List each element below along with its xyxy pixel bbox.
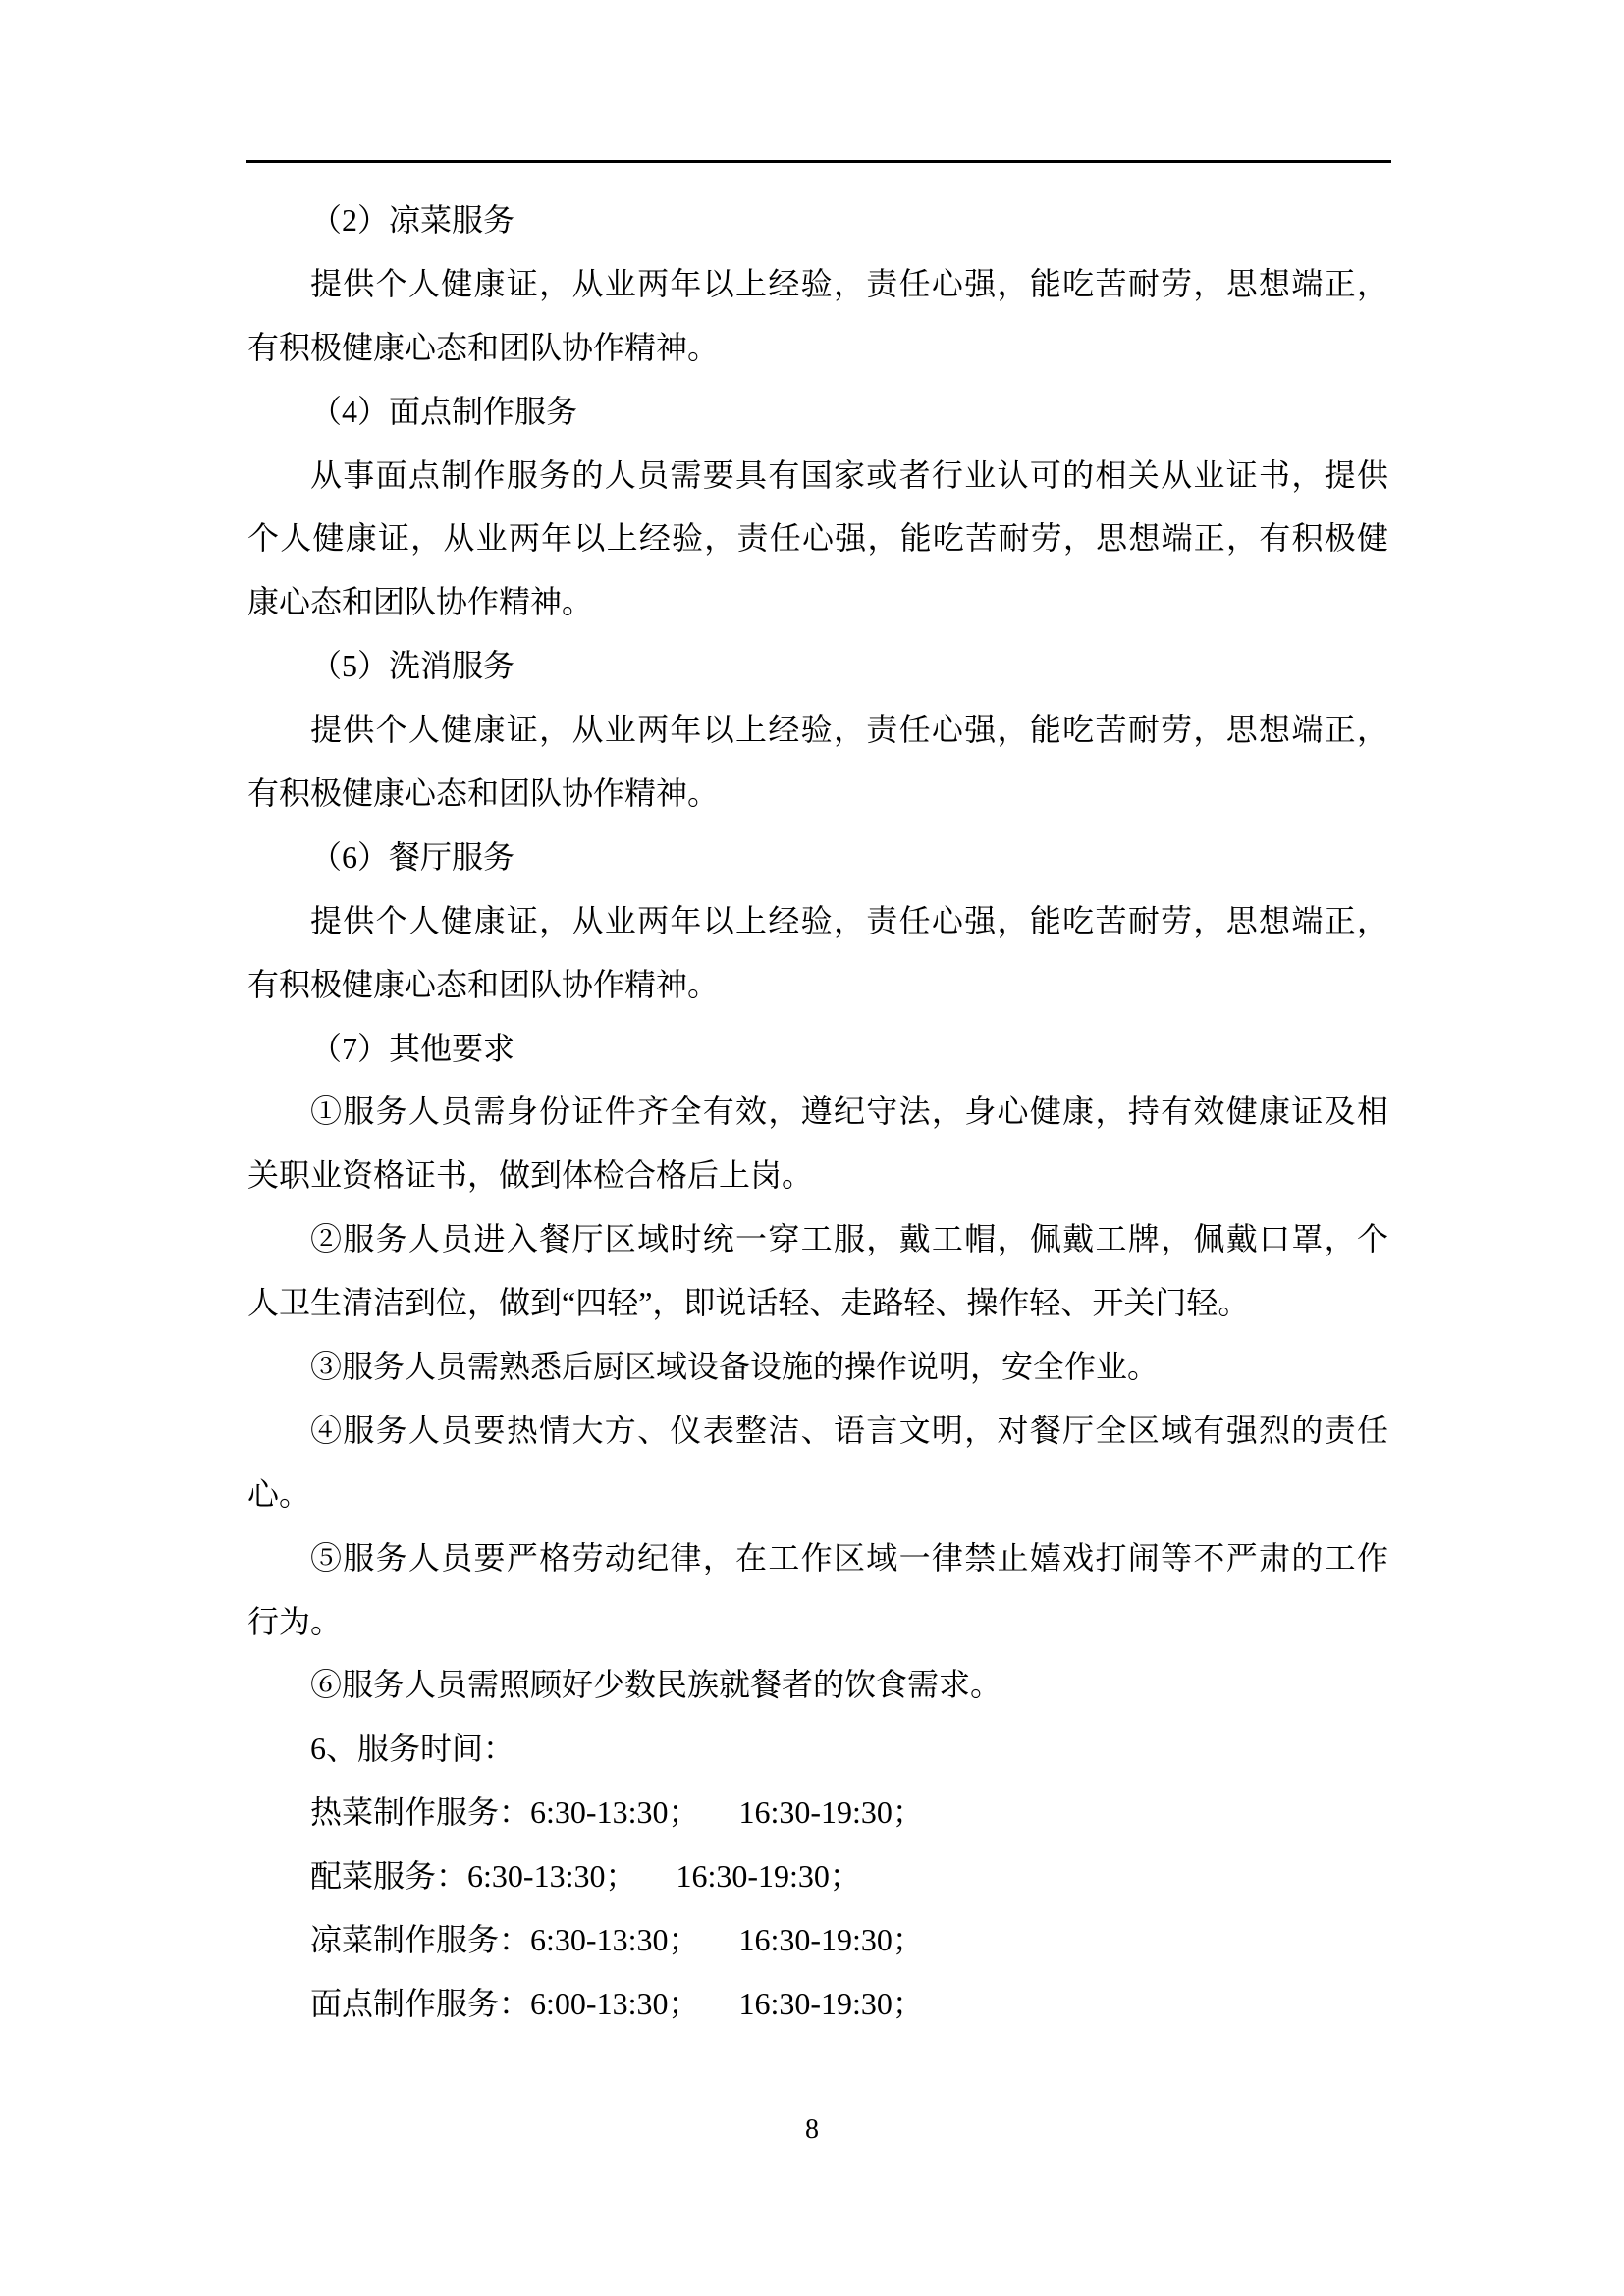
schedule-evening: 16:30-19:30； [738,1986,923,2021]
section-heading: （2）凉菜服务 [247,188,1388,252]
paragraph-line: ③服务人员需熟悉后厨区域设备设施的操作说明，安全作业。 [247,1335,1388,1399]
schedule-morning: 6:00-13:30； [530,1986,699,2021]
paragraph-line: 康心态和团队协作精神。 [247,570,1388,634]
section-heading: （6）餐厅服务 [247,826,1388,889]
requirement-item-3: ③服务人员需熟悉后厨区域设备设施的操作说明，安全作业。 [247,1335,1388,1399]
paragraph-line: ①服务人员需身份证件齐全有效，遵纪守法，身心健康，持有效健康证及相 [247,1080,1388,1144]
paragraph-line: 有积极健康心态和团队协作精神。 [247,762,1388,826]
schedule-label: 热菜制作服务： [310,1794,530,1830]
schedule-row-hot-dish: 热菜制作服务：6:30-13:30；16:30-19:30； [247,1781,1388,1844]
schedule-row-pastry: 面点制作服务：6:00-13:30；16:30-19:30； [247,1972,1388,2036]
paragraph-line: 提供个人健康证，从业两年以上经验，责任心强，能吃苦耐劳，思想端正， [247,698,1388,762]
section-dining-hall-service: （6）餐厅服务 提供个人健康证，从业两年以上经验，责任心强，能吃苦耐劳，思想端正… [247,826,1388,1017]
requirement-item-6: ⑥服务人员需照顾好少数民族就餐者的饮食需求。 [247,1653,1388,1717]
schedule-label: 配菜服务： [310,1858,467,1894]
paragraph-line: 提供个人健康证，从业两年以上经验，责任心强，能吃苦耐劳，思想端正， [247,252,1388,316]
schedule-label: 面点制作服务： [310,1986,530,2021]
section-heading: （7）其他要求 [247,1017,1388,1081]
section-heading: （4）面点制作服务 [247,380,1388,444]
paragraph-line: 心。 [247,1463,1388,1526]
section-pastry-service: （4）面点制作服务 从事面点制作服务的人员需要具有国家或者行业认可的相关从业证书… [247,380,1388,635]
paragraph-line: 从事面点制作服务的人员需要具有国家或者行业认可的相关从业证书，提供 [247,444,1388,507]
requirement-item-1: ①服务人员需身份证件齐全有效，遵纪守法，身心健康，持有效健康证及相 关职业资格证… [247,1080,1388,1207]
schedule-morning: 6:30-13:30； [467,1858,636,1894]
paragraph-line: 关职业资格证书，做到体检合格后上岗。 [247,1144,1388,1207]
schedule-evening: 16:30-19:30； [738,1922,923,1957]
section-other-requirements: （7）其他要求 ①服务人员需身份证件齐全有效，遵纪守法，身心健康，持有效健康证及… [247,1017,1388,1718]
paragraph-line: ④服务人员要热情大方、仪表整洁、语言文明，对餐厅全区域有强烈的责任 [247,1399,1388,1463]
schedule-morning: 6:30-13:30； [530,1922,699,1957]
paragraph-line: ⑥服务人员需照顾好少数民族就餐者的饮食需求。 [247,1653,1388,1717]
requirement-item-2: ②服务人员进入餐厅区域时统一穿工服，戴工帽，佩戴工牌，佩戴口罩，个 人卫生清洁到… [247,1207,1388,1335]
document-body: （2）凉菜服务 提供个人健康证，从业两年以上经验，责任心强，能吃苦耐劳，思想端正… [247,188,1388,2036]
section-cold-dish-service: （2）凉菜服务 提供个人健康证，从业两年以上经验，责任心强，能吃苦耐劳，思想端正… [247,188,1388,380]
section-heading: （5）洗消服务 [247,634,1388,698]
paragraph-line: 有积极健康心态和团队协作精神。 [247,316,1388,380]
requirement-item-4: ④服务人员要热情大方、仪表整洁、语言文明，对餐厅全区域有强烈的责任 心。 [247,1399,1388,1526]
schedule-row-side-dish: 配菜服务：6:30-13:30；16:30-19:30； [247,1844,1388,1908]
paragraph-line: ⑤服务人员要严格劳动纪律，在工作区域一律禁止嬉戏打闹等不严肃的工作 [247,1526,1388,1590]
schedule-row-cold-dish: 凉菜制作服务：6:30-13:30；16:30-19:30； [247,1908,1388,1972]
page-number: 8 [0,2112,1624,2148]
section-dishwashing-service: （5）洗消服务 提供个人健康证，从业两年以上经验，责任心强，能吃苦耐劳，思想端正… [247,634,1388,826]
schedule-label: 凉菜制作服务： [310,1922,530,1957]
requirement-item-5: ⑤服务人员要严格劳动纪律，在工作区域一律禁止嬉戏打闹等不严肃的工作 行为。 [247,1526,1388,1654]
paragraph-line: 行为。 [247,1590,1388,1654]
paragraph-line: 个人健康证，从业两年以上经验，责任心强，能吃苦耐劳，思想端正，有积极健 [247,507,1388,570]
header-rule [246,160,1391,163]
paragraph-line: 有积极健康心态和团队协作精神。 [247,953,1388,1017]
schedule-evening: 16:30-19:30； [738,1794,923,1830]
paragraph-line: ②服务人员进入餐厅区域时统一穿工服，戴工帽，佩戴工牌，佩戴口罩，个 [247,1207,1388,1271]
paragraph-line: 提供个人健康证，从业两年以上经验，责任心强，能吃苦耐劳，思想端正， [247,889,1388,953]
schedule-evening: 16:30-19:30； [676,1858,860,1894]
schedule-morning: 6:30-13:30； [530,1794,699,1830]
service-schedule: 6、服务时间： 热菜制作服务：6:30-13:30；16:30-19:30； 配… [247,1717,1388,2035]
paragraph-line: 人卫生清洁到位，做到“四轻”，即说话轻、走路轻、操作轻、开关门轻。 [247,1271,1388,1335]
schedule-heading: 6、服务时间： [247,1717,1388,1781]
